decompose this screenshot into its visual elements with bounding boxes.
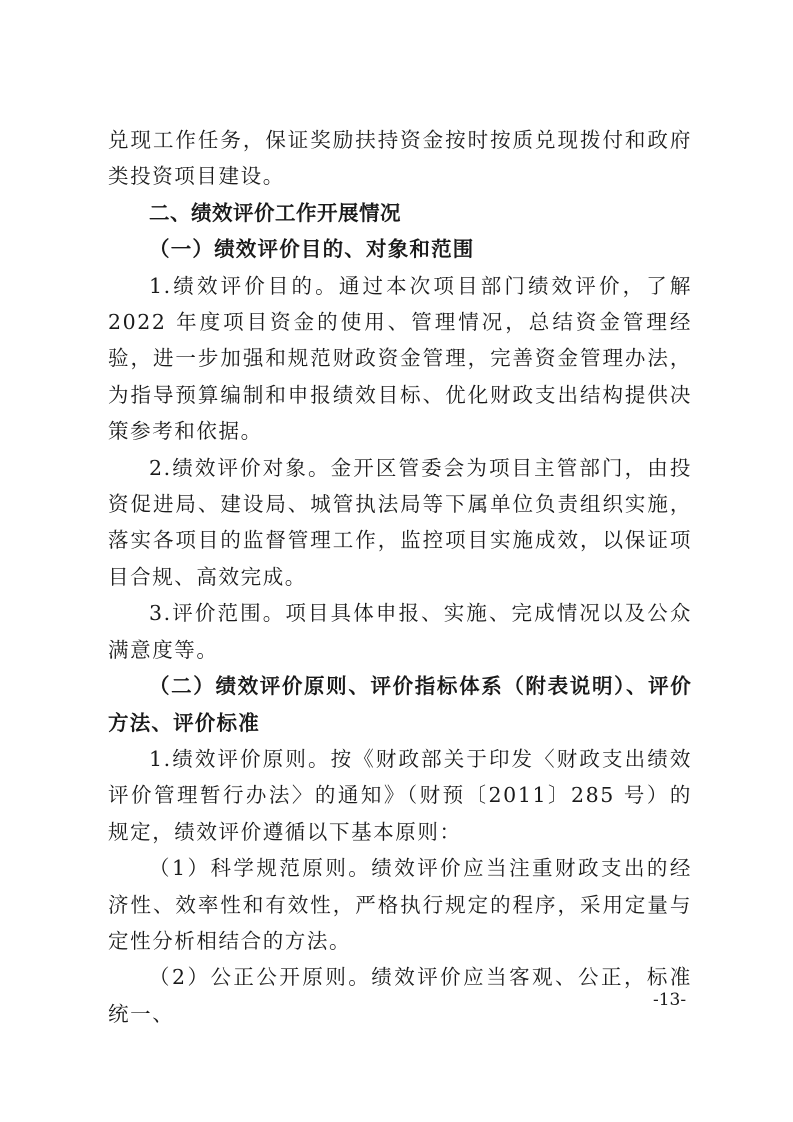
paragraph-evaluation-principles: 1.绩效评价原则。按《财政部关于印发〈财政支出绩效评价管理暂行办法〉的通知》（财…	[108, 741, 692, 850]
document-page: 兑现工作任务，保证奖励扶持资金按时按质兑现拨付和政府类投资项目建设。 二、绩效评…	[0, 0, 793, 1122]
paragraph-evaluation-purpose: 1.绩效评价目的。通过本次项目部门绩效评价，了解 2022 年度项目资金的使用、…	[108, 268, 692, 450]
paragraph-principle-2: （2）公正公开原则。绩效评价应当客观、公正，标准统一、	[108, 959, 692, 1032]
paragraph-evaluation-scope: 3.评价范围。项目具体申报、实施、完成情况以及公众满意度等。	[108, 595, 692, 668]
paragraph-principle-1: （1）科学规范原则。绩效评价应当注重财政支出的经济性、效率性和有效性，严格执行规…	[108, 850, 692, 959]
page-number: -13-	[653, 990, 686, 1010]
document-body: 兑现工作任务，保证奖励扶持资金按时按质兑现拨付和政府类投资项目建设。 二、绩效评…	[108, 122, 692, 1032]
section-heading: 二、绩效评价工作开展情况	[108, 195, 692, 231]
subsection-heading: （二）绩效评价原则、评价指标体系（附表说明）、评价方法、评价标准	[108, 668, 692, 741]
paragraph-continuation: 兑现工作任务，保证奖励扶持资金按时按质兑现拨付和政府类投资项目建设。	[108, 122, 692, 195]
paragraph-evaluation-object: 2.绩效评价对象。金开区管委会为项目主管部门，由投资促进局、建设局、城管执法局等…	[108, 450, 692, 596]
subsection-heading: （一）绩效评价目的、对象和范围	[108, 231, 692, 267]
